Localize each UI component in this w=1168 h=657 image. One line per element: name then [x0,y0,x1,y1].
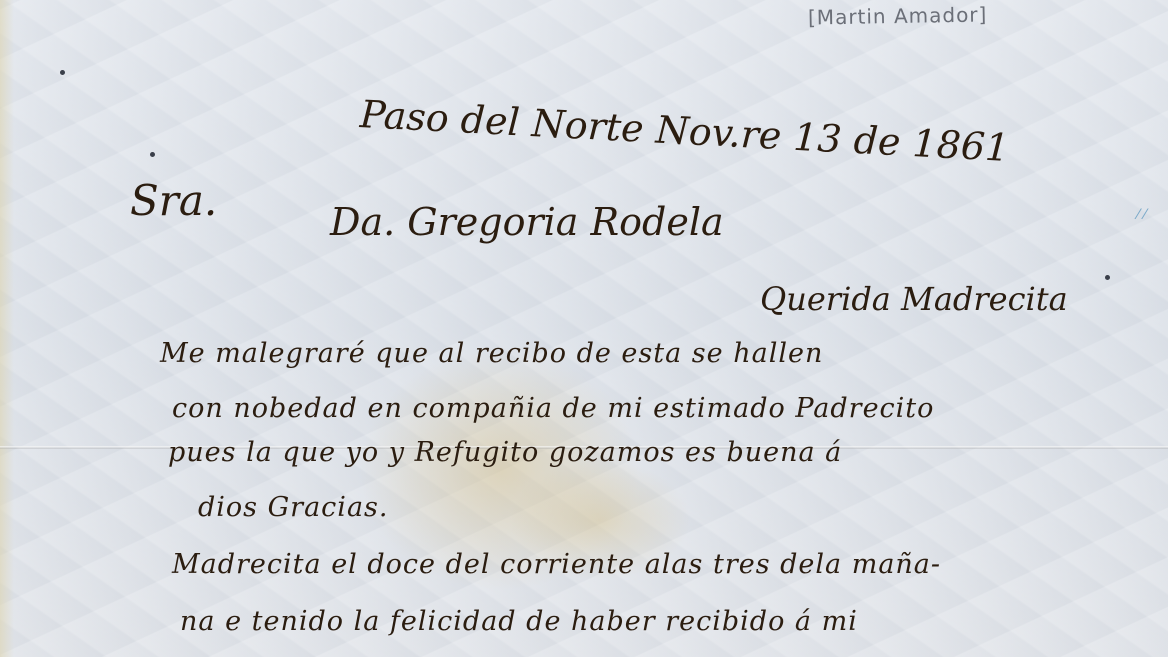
greeting: Querida Madrecita [760,280,1068,318]
ink-speck [150,152,155,157]
body-line: Madrecita el doce del corriente alas tre… [172,549,941,580]
place-and-date: Paso del Norte Nov.re 13 de 1861 [359,92,1011,170]
salutation-title: Sra. [130,176,217,225]
ink-speck [1105,275,1110,280]
letter-page: [Martin Amador] Paso del Norte Nov.re 13… [0,0,1168,657]
body-line: na e tenido la felicidad de haber recibi… [180,606,858,637]
archivist-pencil-note: [Martin Amador] [808,2,988,29]
recipient-name: Da. Gregoria Rodela [330,200,724,244]
body-line: dios Gracias. [198,492,388,523]
body-line: Me malegraré que al recibo de esta se ha… [160,338,823,369]
body-line: pues la que yo y Refugito gozamos es bue… [168,437,842,468]
ink-speck [60,70,65,75]
blue-ink-mark: ⁄ ⁄ [1137,207,1146,223]
body-line: con nobedad en compañia de mi estimado P… [172,393,934,424]
